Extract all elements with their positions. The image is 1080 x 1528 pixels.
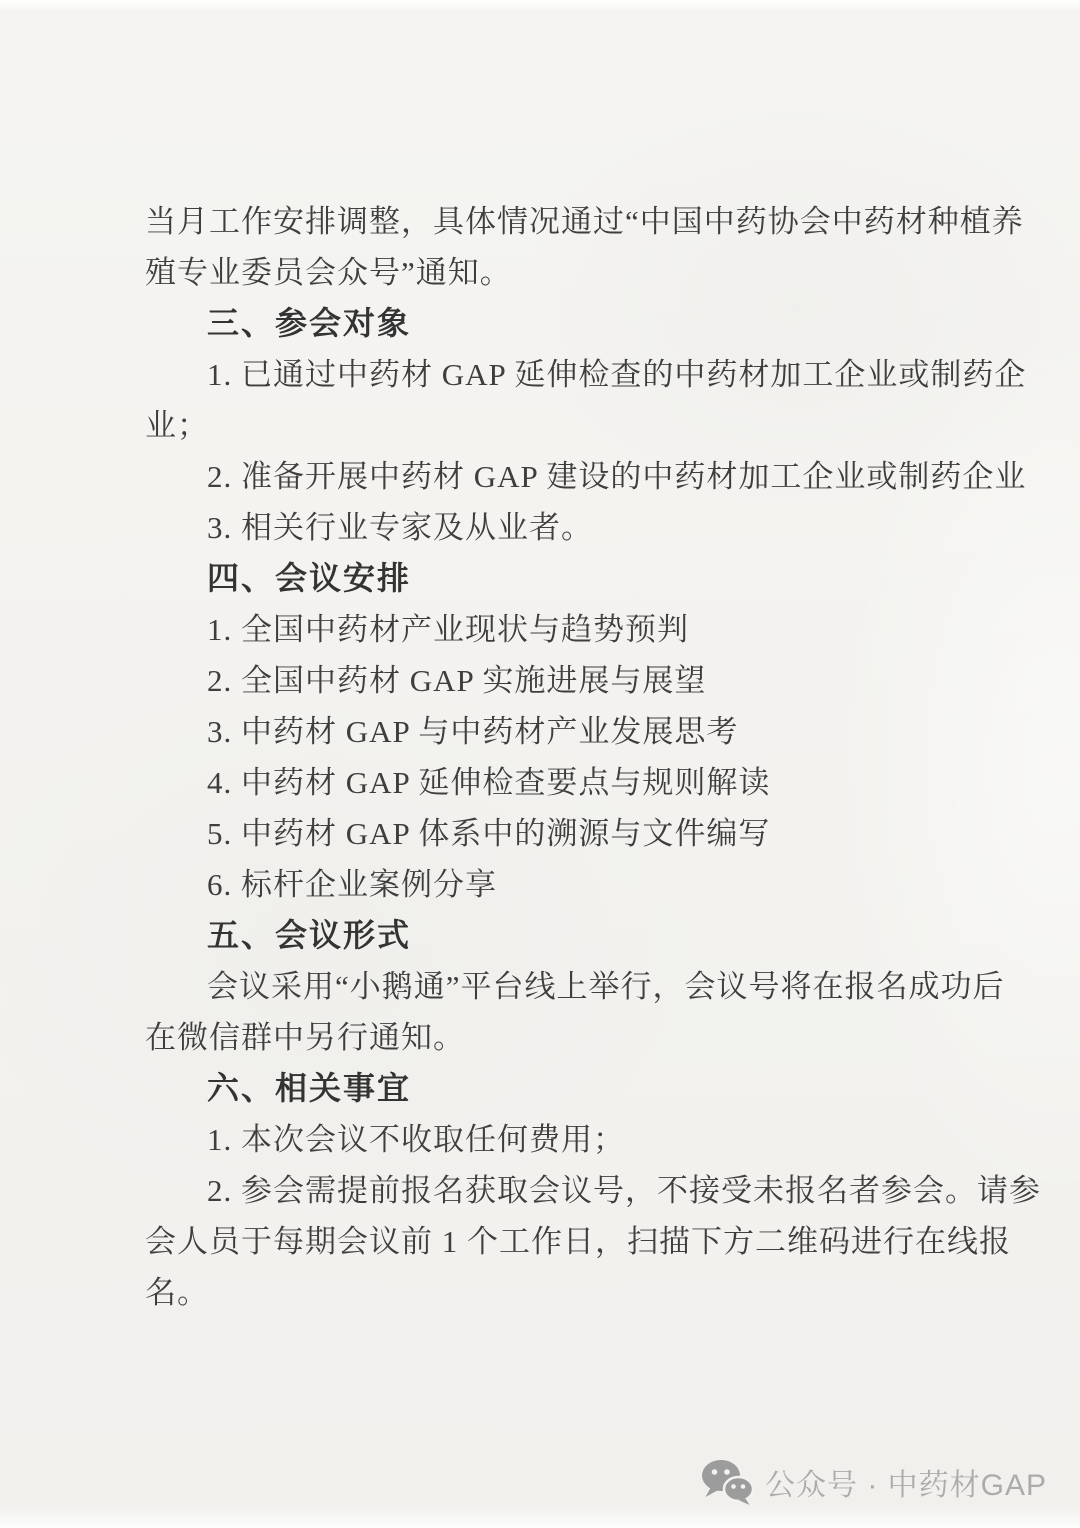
official-account-watermark: 公众号 · 中药材GAP — [700, 1460, 1047, 1504]
participants-item-3: 3. 相关行业专家及从业者。 — [145, 502, 975, 553]
notes-item-2-line-1: 2. 参会需提前报名获取会议号，不接受未报名者参会。请参 — [145, 1165, 975, 1216]
notes-item-1: 1. 本次会议不收取任何费用； — [145, 1114, 975, 1165]
watermark-text: 公众号 · 中药材GAP — [765, 1460, 1047, 1504]
section-heading-agenda: 四、会议安排 — [145, 553, 975, 604]
agenda-item-1: 1. 全国中药材产业现状与趋势预判 — [145, 604, 975, 655]
notes-item-2-line-3: 名。 — [145, 1267, 975, 1318]
agenda-item-2: 2. 全国中药材 GAP 实施进展与展望 — [145, 655, 975, 706]
section-heading-format: 五、会议形式 — [145, 910, 975, 961]
wechat-icon — [700, 1459, 754, 1505]
document-content: 当月工作安排调整，具体情况通过“中国中药协会中药材种植养 殖专业委员会众号”通知… — [145, 196, 975, 1318]
format-line-1: 会议采用“小鹅通”平台线上举行，会议号将在报名成功后 — [145, 961, 975, 1012]
participants-item-1-line-2: 业； — [145, 400, 975, 451]
agenda-item-3: 3. 中药材 GAP 与中药材产业发展思考 — [145, 706, 975, 757]
participants-item-2: 2. 准备开展中药材 GAP 建设的中药材加工企业或制药企业 — [145, 451, 975, 502]
section-heading-notes: 六、相关事宜 — [145, 1063, 975, 1114]
format-line-2: 在微信群中另行通知。 — [145, 1012, 975, 1063]
agenda-item-4: 4. 中药材 GAP 延伸检查要点与规则解读 — [145, 757, 975, 808]
intro-line-1: 当月工作安排调整，具体情况通过“中国中药协会中药材种植养 — [145, 196, 975, 247]
notes-item-2-line-2: 会人员于每期会议前 1 个工作日，扫描下方二维码进行在线报 — [145, 1216, 975, 1267]
intro-line-2: 殖专业委员会众号”通知。 — [145, 247, 975, 298]
scanned-document-page: 当月工作安排调整，具体情况通过“中国中药协会中药材种植养 殖专业委员会众号”通知… — [0, 0, 1080, 1528]
section-heading-participants: 三、参会对象 — [145, 298, 975, 349]
agenda-item-6: 6. 标杆企业案例分享 — [145, 859, 975, 910]
participants-item-1-line-1: 1. 已通过中药材 GAP 延伸检查的中药材加工企业或制药企 — [145, 349, 975, 400]
agenda-item-5: 5. 中药材 GAP 体系中的溯源与文件编写 — [145, 808, 975, 859]
